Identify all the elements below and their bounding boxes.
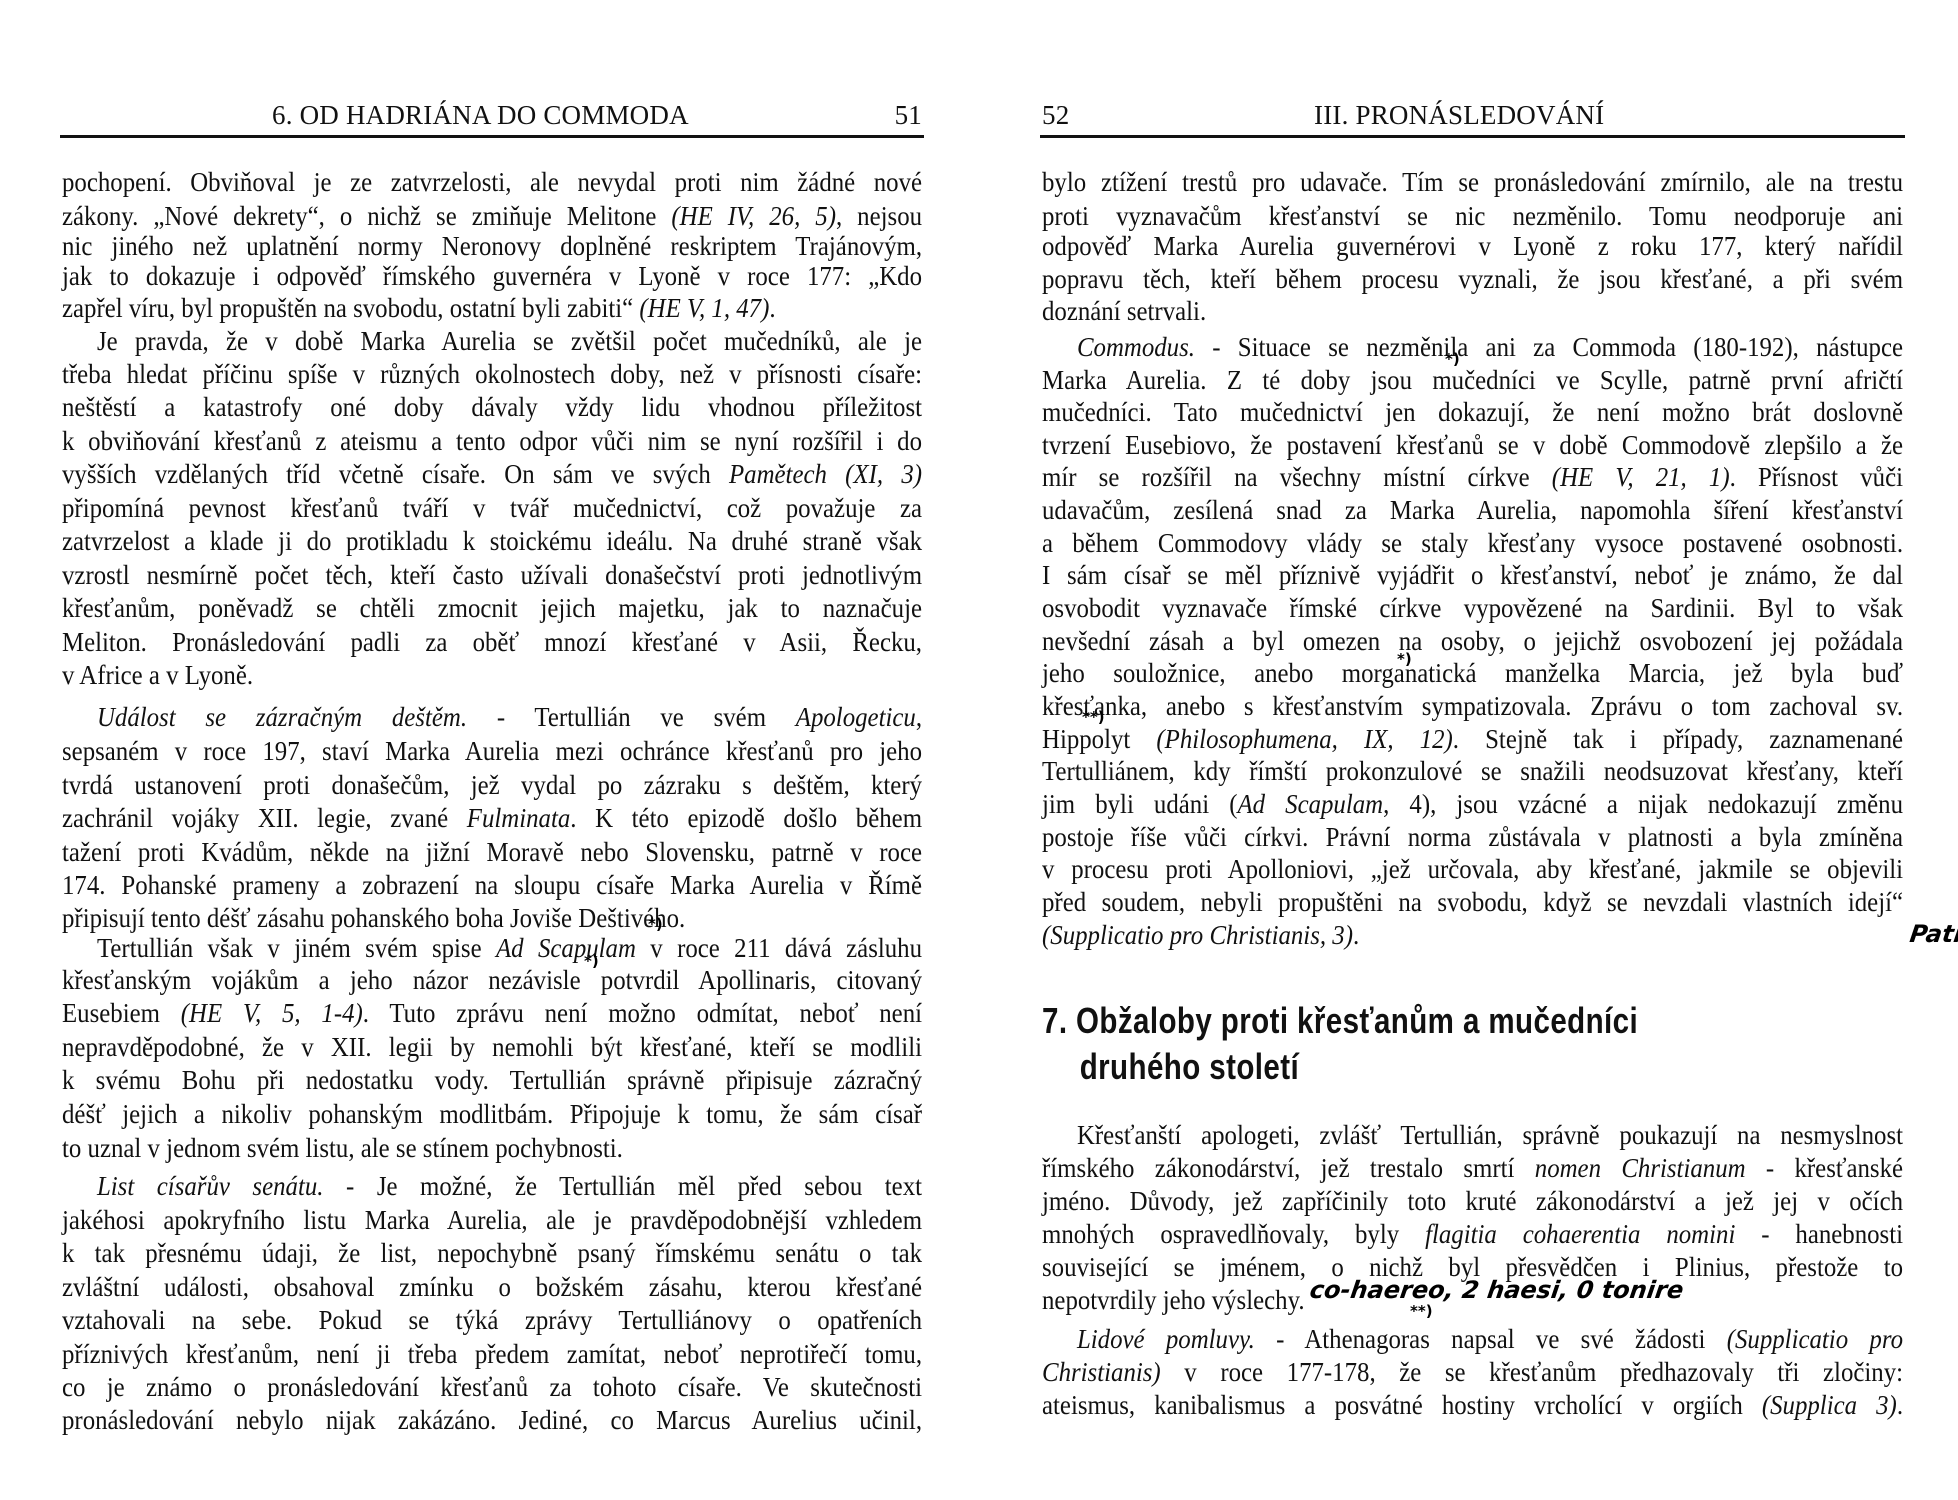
text-line: proti vyznavačům křesťanství se nic nezm… [1042,199,1903,233]
running-head-left: 6. OD HADRIÁNA DO COMMODA 51 [62,98,922,132]
text-line: před soudem, nebyli propuštěni na svobod… [1042,885,1903,919]
text-line: jméno. Důvody, jež zapříčinily toto krut… [1042,1184,1903,1218]
text-line: tažení proti Kvádům, někde na jižní Mora… [62,835,922,869]
text-line: římského zákonodárství, jež trestalo smr… [1042,1151,1903,1185]
text-line: mír se rozšířil na všechny místní církve… [1042,460,1903,494]
text-line: křesťanka, anebo s křesťanstvím sympatiz… [1042,689,1903,723]
page-number: 51 [895,98,922,132]
header-rule [1040,135,1905,138]
text-line: vyšších vzdělaných tříd včetně císaře. O… [62,457,922,491]
text-line: Commodus. - Situace se nezměnila ani za … [1042,330,1903,364]
text-line: Marka Aurelia. Z té doby jsou mučedníci … [1042,363,1903,397]
text-line: 174. Pohanské prameny a zobrazení na slo… [62,868,922,902]
text-line: příznivých křesťanům, není ji třeba před… [62,1337,922,1371]
text-line: (Supplicatio pro Christianis, 3). [1042,918,1903,952]
footnote-mark: *) [1397,650,1412,668]
text-line: v Africe a v Lyoně. [62,658,922,692]
text-line: Událost se zázračným deštěm. - Tertulliá… [62,700,922,734]
text-line: pronásledování nebylo nijak zakázáno. Je… [62,1403,922,1437]
text-line: postoje říše vůči církvi. Právní norma z… [1042,820,1903,854]
text-line: List císařův senátu. - Je možné, že Tert… [62,1169,922,1203]
text-line: mnohých ospravedlňovaly, byly flagitia c… [1042,1217,1903,1251]
text-line: Lidové pomluvy. - Athenagoras napsal ve … [1042,1322,1903,1356]
text-line: déšť jejich a nikoliv pohanským modlitbá… [62,1097,922,1131]
text-line: zákony. „Nové dekrety“, o nichž se zmiňu… [62,199,922,233]
right-page: 52 III. PRONÁSLEDOVÁNÍ bylo ztížení tres… [1042,0,1903,1500]
text-line: křesťanským vojákům a jeho názor nezávis… [62,963,922,997]
text-line: osvobodit vyznavače římské církve vypově… [1042,591,1903,625]
text-line: mučedníci. Tato mučednictví jen dokazují… [1042,395,1903,429]
text-line: Křesťanští apologeti, zvlášť Tertullián,… [1042,1118,1903,1152]
text-line: připomíná pevnost křesťanů tváří v tvář … [62,491,922,525]
text-line: popravu těch, kteří během procesu vyznal… [1042,262,1903,296]
header-rule [60,135,924,138]
text-line: Je pravda, že v době Marka Aurelia se zv… [62,324,922,358]
text-line: jeho souložnice, anebo morganatická manž… [1042,656,1903,690]
text-line: vzrostl nesmírně počet těch, kteří často… [62,558,922,592]
text-line: Hippolyt (Philosophumena, IX, 12). Stejn… [1042,722,1903,756]
footnote-mark: *) [1445,350,1460,368]
left-page: 6. OD HADRIÁNA DO COMMODA 51 pochopení. … [62,0,922,1500]
text-line: zvláštní události, obsahoval zmínku o bo… [62,1270,922,1304]
text-line: k svému Bohu při nedostatku vody. Tertul… [62,1063,922,1097]
section-heading-line-1: 7. Obžaloby proti křesťanům a mučedníci [1042,998,1638,1044]
text-line: zatvrzelost a klade ji do protikladu k s… [62,524,922,558]
footnote-mark: *) [648,915,663,933]
text-line: připisují tento déšť zásahu pohanského b… [62,901,922,935]
text-line: zapřel víru, byl propuštěn na svobodu, o… [62,291,922,325]
running-head-right: 52 III. PRONÁSLEDOVÁNÍ [1042,98,1903,132]
text-line: zachránil vojáky XII. legie, zvané Fulmi… [62,801,922,835]
text-line: nepravděpodobné, že v XII. legii by nemo… [62,1030,922,1064]
text-line: k obviňování křesťanů z ateismu a tento … [62,424,922,458]
text-line: neštěstí a katastrofy oné doby dávaly vž… [62,390,922,424]
text-line: jak to dokazuje i odpověď římského guver… [62,259,922,293]
text-line: Christianis) v roce 177-178, že se křesť… [1042,1355,1903,1389]
text-line: nevšední zásah a byl omezen na osoby, o … [1042,624,1903,658]
handwritten-note: co-haereo, 2 haesi, 0 tonire [1308,1276,1685,1304]
text-line: a během Commodovy vlády se staly křesťan… [1042,526,1903,560]
text-line: sepsaném v roce 197, staví Marka Aurelia… [62,734,922,768]
text-line: Tertulliánem, kdy římští prokonzulové se… [1042,754,1903,788]
text-line: pochopení. Obviňoval je ze zatvrzelosti,… [62,165,922,199]
text-line: co je známo o pronásledování křesťanů za… [62,1370,922,1404]
text-line: k tak přesnému údaji, že list, nepochybn… [62,1236,922,1270]
text-line: to uznal v jednom svém listu, ale se stí… [62,1131,922,1165]
text-line: doznání setrvali. [1042,294,1903,328]
text-line: křesťanům, poněvadž se chtěli zmocnit je… [62,591,922,625]
text-line: udavačům, zesílená snad za Marka Aurelia… [1042,493,1903,527]
footnote-mark: **) [1410,1302,1433,1320]
text-line: odpověď Marka Aurelia guvernérovi v Lyon… [1042,229,1903,263]
text-line: tvrdá ustanovení proti donašečům, jež vy… [62,768,922,802]
text-line: jakéhosi apokryfního listu Marka Aurelia… [62,1203,922,1237]
text-line: Meliton. Pronásledování padli za oběť mn… [62,625,922,659]
footnote-mark: **) [1082,708,1105,726]
text-line: nic jiného než uplatnění normy Neronovy … [62,229,922,263]
page-number: 52 [1042,98,1069,132]
text-line: I sám císař se měl příznivě vyjádřit o k… [1042,558,1903,592]
text-line: ateismus, kanibalismus a posvátné hostin… [1042,1388,1903,1422]
text-line: tvrzení Eusebiovo, že postavení křesťanů… [1042,428,1903,462]
text-line: Eusebiem (HE V, 5, 1-4). Tuto zprávu nen… [62,996,922,1030]
section-heading-line-2: druhého století [1042,1044,1299,1090]
chapter-title: 6. OD HADRIÁNA DO COMMODA [272,98,689,132]
part-title: III. PRONÁSLEDOVÁNÍ [1314,98,1604,132]
text-line: Tertullián však v jiném svém spise Ad Sc… [62,931,922,965]
text-line: třeba hledat příčinu spíše v různých oko… [62,357,922,391]
handwritten-note: Patrologie, s. 277-278 [1908,920,1958,948]
footnote-mark: *) [584,952,599,970]
text-line: jim byli udáni (Ad Scapulam, 4), jsou vz… [1042,787,1903,821]
text-line: bylo ztížení trestů pro udavače. Tím se … [1042,165,1903,199]
text-line: v procesu proti Apolloniovi, „jež určova… [1042,852,1903,886]
text-line: vztahovali na sebe. Pokud se týká zprávy… [62,1303,922,1337]
